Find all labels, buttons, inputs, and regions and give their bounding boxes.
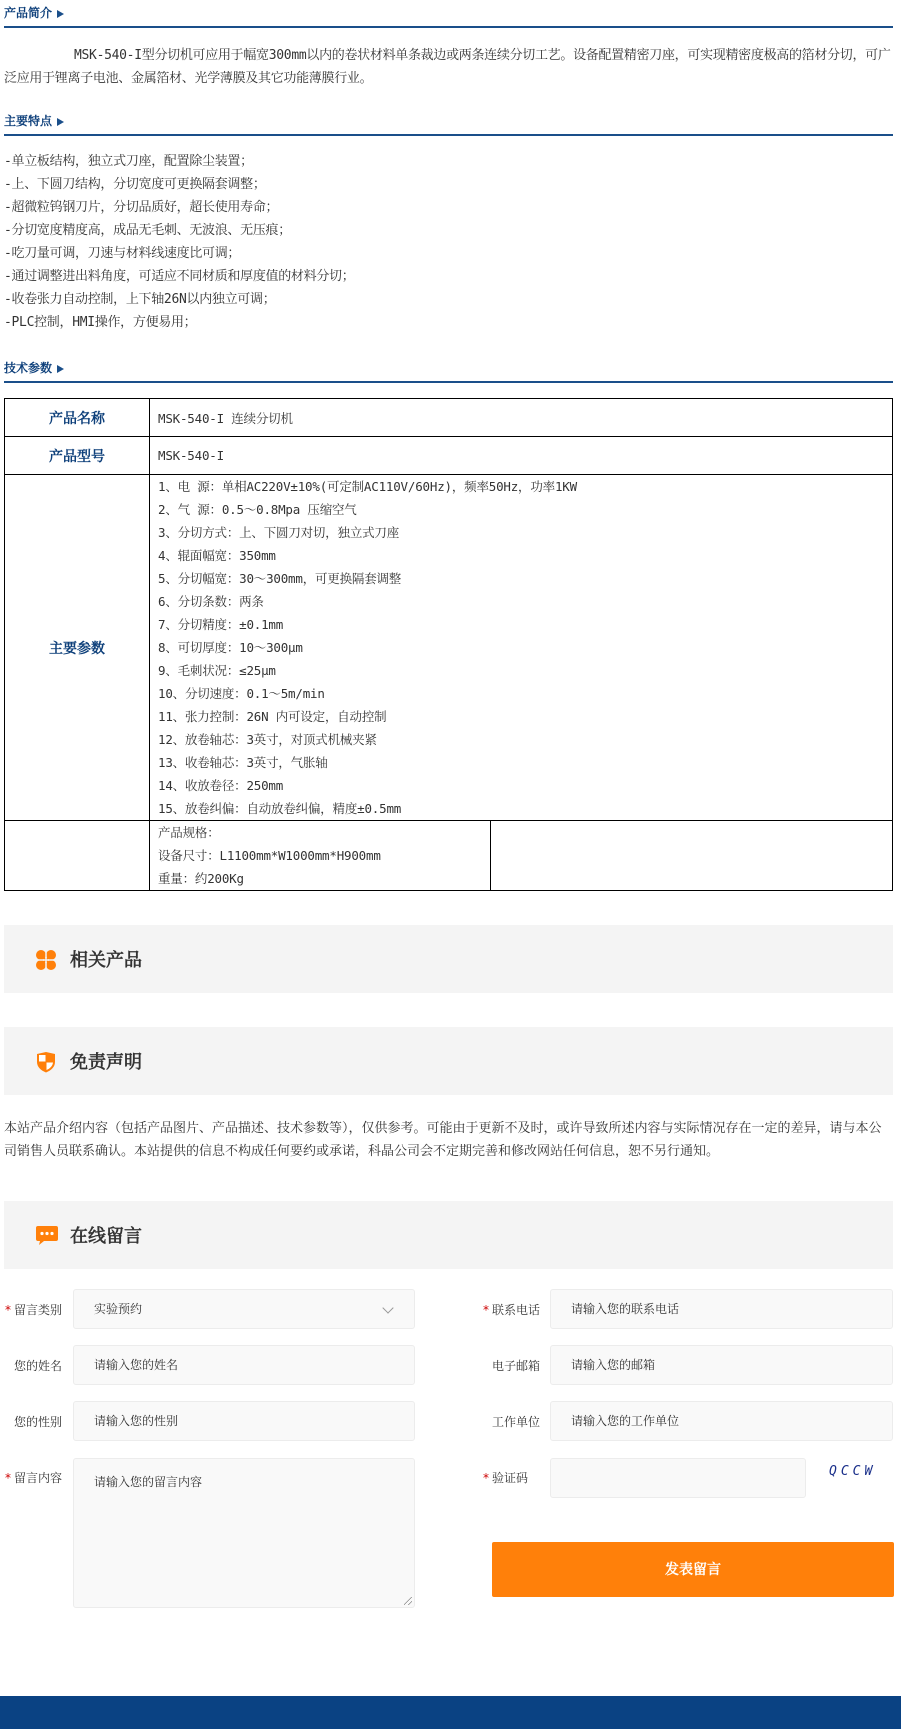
triangle-right-icon bbox=[57, 10, 64, 18]
feature-item: -PLC控制，HMI操作，方便易用； bbox=[4, 311, 354, 334]
gender-label: 您的性别 bbox=[4, 1413, 62, 1430]
table-row: 产品型号 MSK-540-I bbox=[5, 437, 893, 475]
row-value: MSK-540-I bbox=[150, 437, 893, 475]
email-field-wrap bbox=[550, 1345, 893, 1385]
feature-item: -分切宽度精度高，成品无毛刺、无波浪、无压痕； bbox=[4, 219, 354, 242]
feature-item: -收卷张力自动控制，上下轴26N以内独立可调； bbox=[4, 288, 354, 311]
chat-bubble-icon bbox=[35, 1225, 59, 1247]
gender-input[interactable] bbox=[94, 1414, 414, 1428]
message-title: 在线留言 bbox=[70, 1222, 142, 1248]
captcha-label: *验证码 bbox=[480, 1469, 528, 1486]
category-selected-value: 实验预约 bbox=[94, 1302, 142, 1316]
row-label-empty bbox=[5, 821, 150, 891]
captcha-field-wrap bbox=[550, 1458, 806, 1498]
param-item: 3、分切方式：上、下圆刀对切，独立式刀座 bbox=[158, 521, 892, 544]
gender-field-wrap bbox=[73, 1401, 415, 1441]
spec-table: 产品名称 MSK-540-I 连续分切机 产品型号 MSK-540-I 主要参数… bbox=[4, 398, 893, 891]
feature-item: -上、下圆刀结构，分切宽度可更换隔套调整； bbox=[4, 173, 354, 196]
row-value: MSK-540-I 连续分切机 bbox=[150, 399, 893, 437]
param-item: 12、放卷轴芯：3英寸，对顶式机械夹紧 bbox=[158, 728, 892, 751]
name-input[interactable] bbox=[94, 1358, 414, 1372]
row-label: 产品名称 bbox=[5, 399, 150, 437]
section-header-intro: 产品简介 bbox=[4, 0, 893, 28]
message-header: 在线留言 bbox=[4, 1201, 893, 1269]
param-item: 13、收卷轴芯：3英寸，气胀轴 bbox=[158, 751, 892, 774]
param-item: 4、辊面幅宽：350mm bbox=[158, 544, 892, 567]
param-item: 14、收放卷径：250mm bbox=[158, 774, 892, 797]
feature-item: -吃刀量可调，刀速与材料线速度比可调； bbox=[4, 242, 354, 265]
related-products-title: 相关产品 bbox=[70, 946, 142, 972]
triangle-right-icon bbox=[57, 365, 64, 373]
param-item: 11、张力控制：26N 内可设定，自动控制 bbox=[158, 705, 892, 728]
section-title: 主要特点 bbox=[4, 114, 52, 128]
table-row: 主要参数 1、电 源：单相AC220V±10%(可定制AC110V/60Hz)，… bbox=[5, 475, 893, 821]
table-row: 产品名称 MSK-540-I 连续分切机 bbox=[5, 399, 893, 437]
feature-item: -超微粒钨钢刀片，分切品质好，超长使用寿命； bbox=[4, 196, 354, 219]
company-input[interactable] bbox=[571, 1414, 892, 1428]
params-list: 1、电 源：单相AC220V±10%(可定制AC110V/60Hz)，频率50H… bbox=[150, 475, 893, 821]
param-item: 10、分切速度：0.1～5m/min bbox=[158, 682, 892, 705]
row-label: 主要参数 bbox=[5, 475, 150, 821]
captcha-image[interactable]: QCCW bbox=[829, 1464, 876, 1479]
dimension-item: 设备尺寸：L1100mm*W1000mm*H900mm bbox=[158, 844, 490, 867]
feature-item: -单立板结构，独立式刀座，配置除尘装置； bbox=[4, 150, 354, 173]
param-item: 2、气 源：0.5～0.8Mpa 压缩空气 bbox=[158, 498, 892, 521]
param-item: 6、分切条数：两条 bbox=[158, 590, 892, 613]
features-list: -单立板结构，独立式刀座，配置除尘装置； -上、下圆刀结构，分切宽度可更换隔套调… bbox=[4, 150, 354, 334]
param-item: 7、分切精度：±0.1mm bbox=[158, 613, 892, 636]
email-label: 电子邮箱 bbox=[480, 1357, 540, 1374]
section-title: 产品简介 bbox=[4, 6, 52, 20]
dimensions-cell: 产品规格： 设备尺寸：L1100mm*W1000mm*H900mm 重量：约20… bbox=[150, 821, 491, 891]
phone-label: *联系电话 bbox=[480, 1301, 540, 1318]
submit-message-button[interactable]: 发表留言 bbox=[492, 1542, 894, 1597]
name-label: 您的姓名 bbox=[4, 1357, 62, 1374]
chevron-down-icon bbox=[382, 1302, 393, 1313]
table-row: 产品规格： 设备尺寸：L1100mm*W1000mm*H900mm 重量：约20… bbox=[5, 821, 893, 891]
dimension-item: 产品规格： bbox=[158, 821, 490, 844]
footer-bar bbox=[0, 1696, 901, 1729]
content-field-wrap bbox=[73, 1458, 415, 1608]
content-label: *留言内容 bbox=[4, 1469, 62, 1486]
param-item: 15、放卷纠偏：自动放卷纠偏，精度±0.5mm bbox=[158, 797, 892, 820]
param-item: 1、电 源：单相AC220V±10%(可定制AC110V/60Hz)，频率50H… bbox=[158, 475, 892, 498]
name-field-wrap bbox=[73, 1345, 415, 1385]
disclaimer-title: 免责声明 bbox=[70, 1048, 142, 1074]
section-title: 技术参数 bbox=[4, 361, 52, 375]
related-products-header: 相关产品 bbox=[4, 925, 893, 993]
disclaimer-header: 免责声明 bbox=[4, 1027, 893, 1095]
param-item: 9、毛刺状况：≤25μm bbox=[158, 659, 892, 682]
clover-icon bbox=[35, 949, 57, 971]
section-header-specs: 技术参数 bbox=[4, 355, 893, 383]
param-item: 8、可切厚度：10～300μm bbox=[158, 636, 892, 659]
row-label: 产品型号 bbox=[5, 437, 150, 475]
disclaimer-text: 本站产品介绍内容（包括产品图片、产品描述、技术参数等），仅供参考。可能由于更新不… bbox=[4, 1117, 893, 1163]
phone-input[interactable] bbox=[571, 1302, 892, 1316]
phone-field-wrap bbox=[550, 1289, 893, 1329]
triangle-right-icon bbox=[57, 118, 64, 126]
empty-cell bbox=[491, 821, 893, 891]
shield-icon bbox=[35, 1051, 57, 1073]
content-textarea[interactable] bbox=[94, 1473, 414, 1593]
dimension-item: 重量：约200Kg bbox=[158, 867, 490, 890]
category-select[interactable]: 实验预约 bbox=[73, 1289, 415, 1329]
intro-paragraph: MSK-540-I型分切机可应用于幅宽300mm以内的卷状材料单条裁边或两条连续… bbox=[4, 44, 893, 90]
category-label: *留言类别 bbox=[4, 1301, 62, 1318]
param-item: 5、分切幅宽：30～300mm，可更换隔套调整 bbox=[158, 567, 892, 590]
section-header-features: 主要特点 bbox=[4, 108, 893, 136]
feature-item: -通过调整进出料角度，可适应不同材质和厚度值的材料分切； bbox=[4, 265, 354, 288]
email-input[interactable] bbox=[571, 1358, 892, 1372]
resize-handle-icon[interactable] bbox=[404, 1597, 412, 1605]
company-label: 工作单位 bbox=[480, 1413, 540, 1430]
company-field-wrap bbox=[550, 1401, 893, 1441]
captcha-input[interactable] bbox=[571, 1471, 805, 1485]
